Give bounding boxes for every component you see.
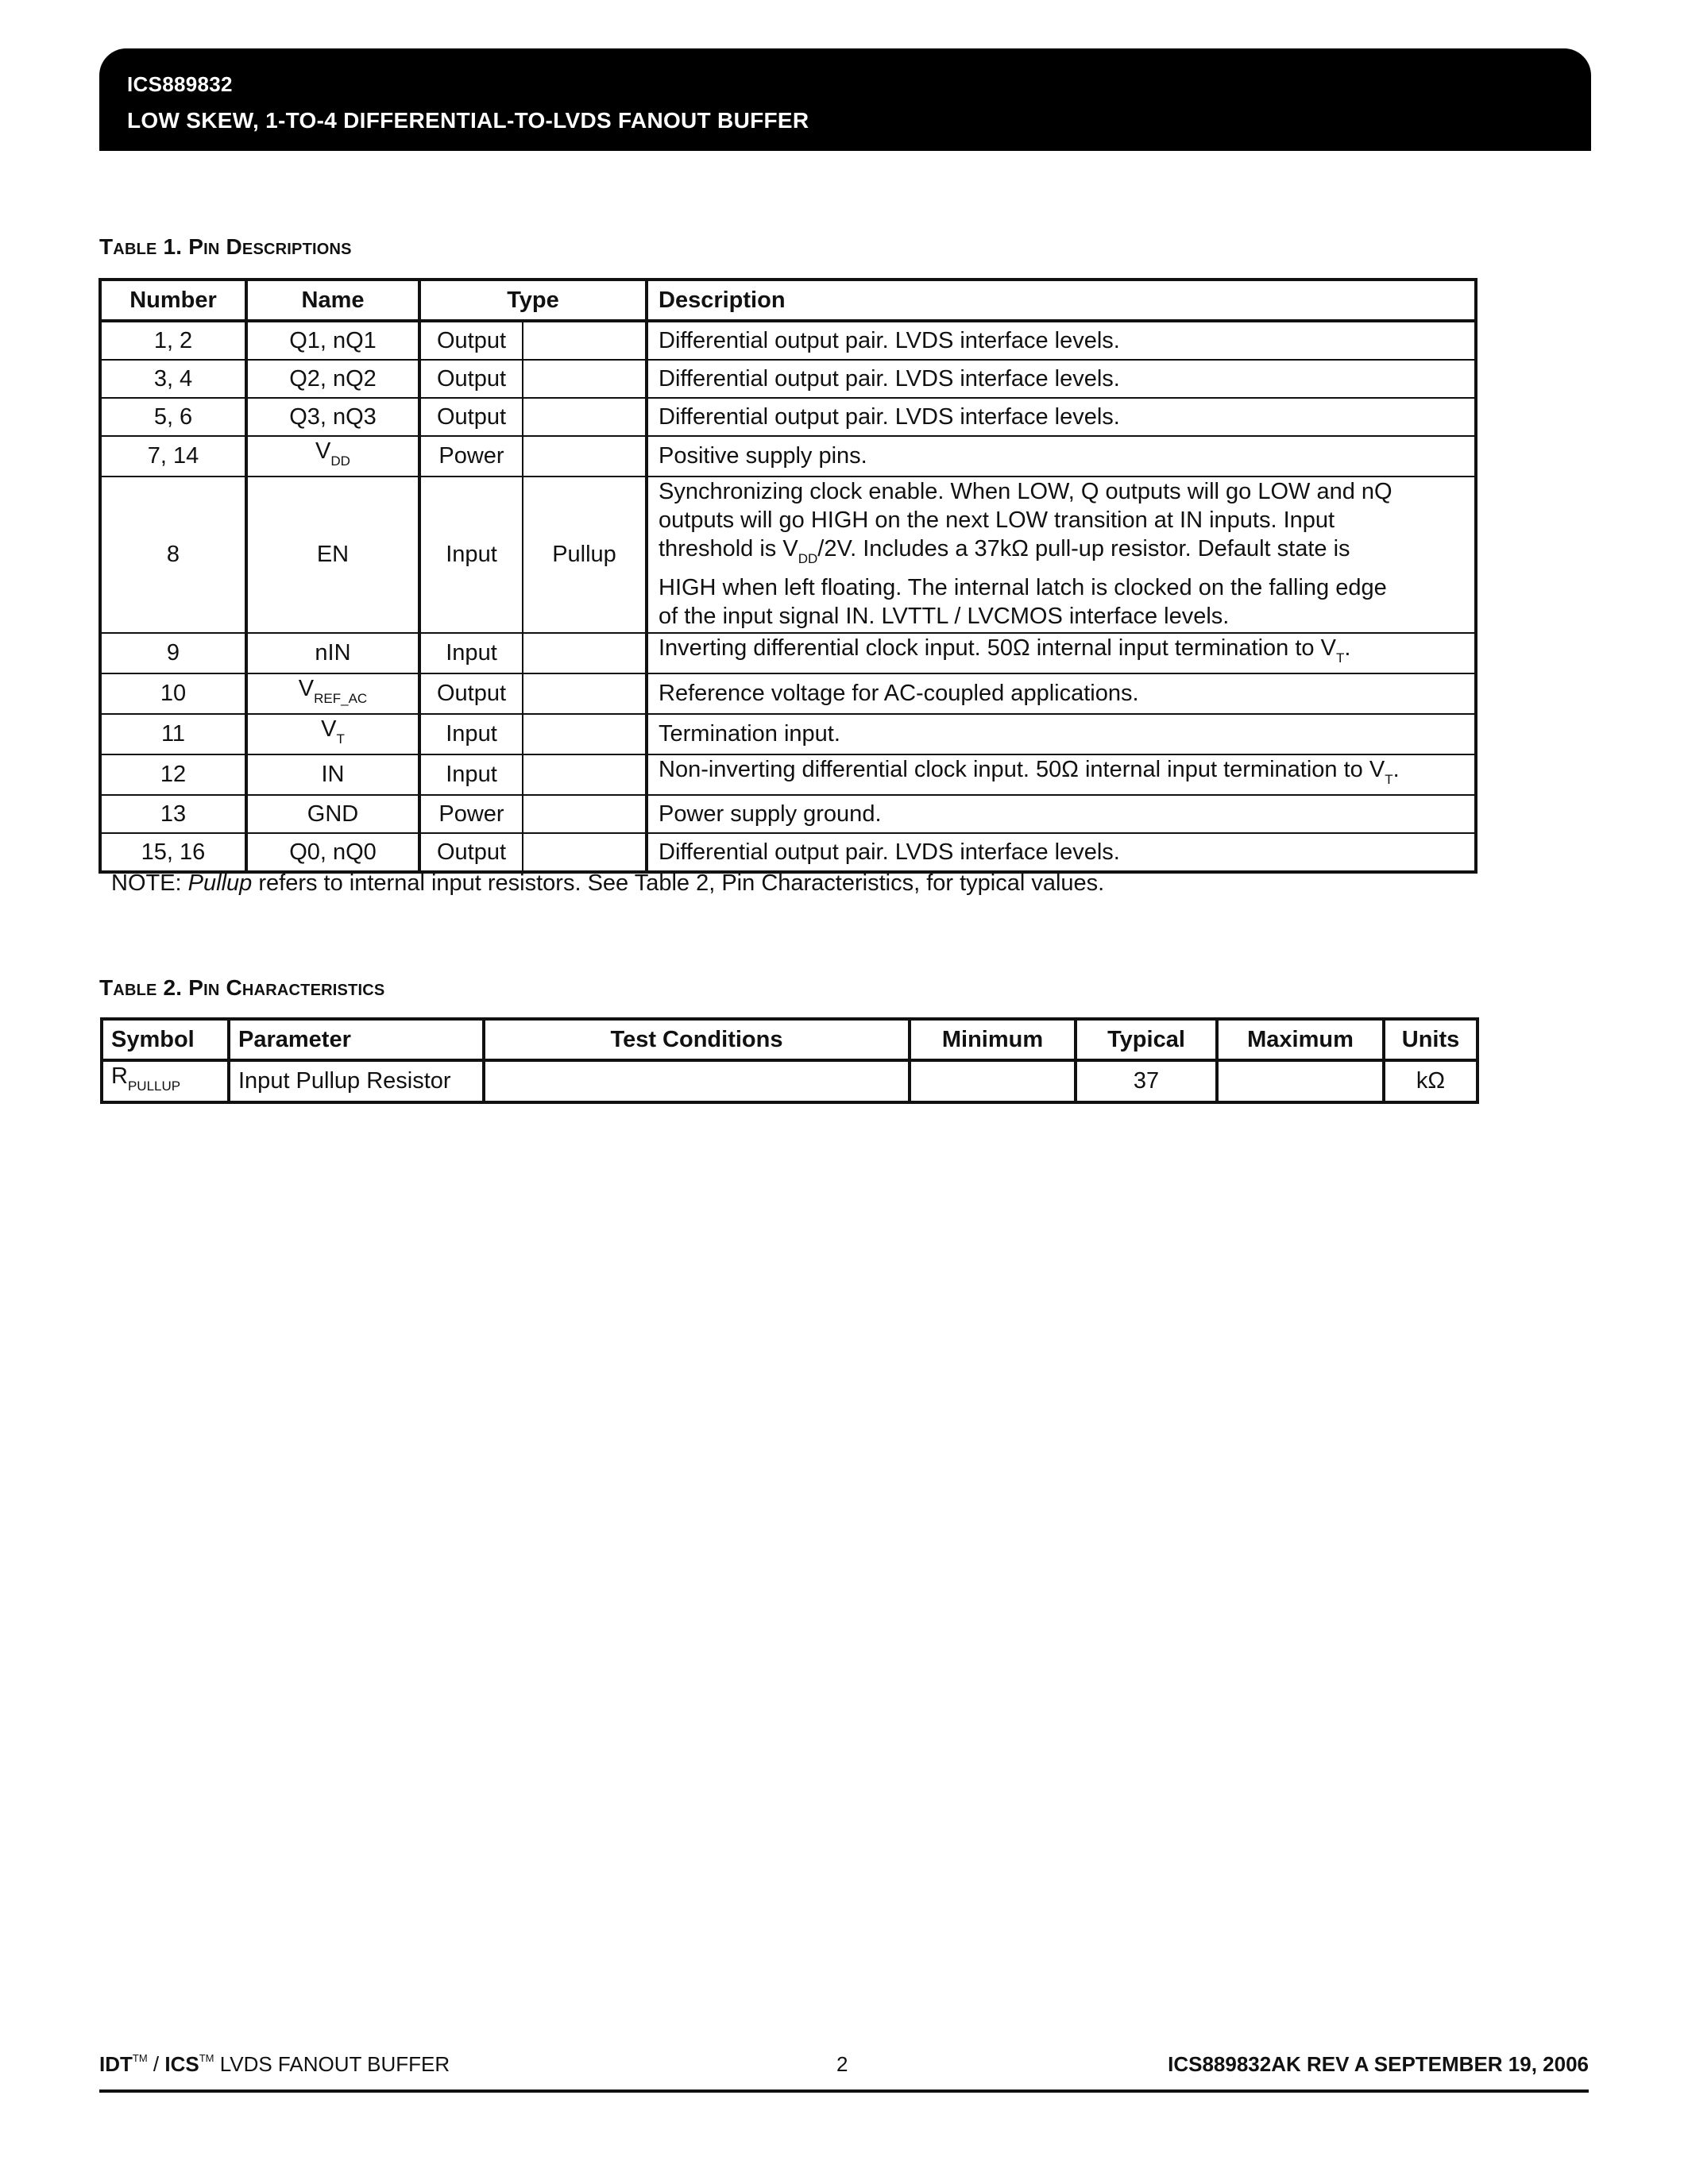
pin-type-cell: Output bbox=[419, 321, 523, 360]
pin-name-cell: Q1, nQ1 bbox=[246, 321, 419, 360]
pin-description-cell: Differential output pair. LVDS interface… bbox=[647, 398, 1476, 436]
parameter-cell: Input Pullup Resistor bbox=[229, 1060, 484, 1102]
pin-name-cell: GND bbox=[246, 795, 419, 833]
footer-rule bbox=[99, 2089, 1589, 2093]
pin-type-qualifier-cell bbox=[523, 795, 647, 833]
pin-number-cell: 11 bbox=[100, 714, 246, 754]
test-conditions-cell bbox=[484, 1060, 910, 1102]
pin-type-cell: Power bbox=[419, 795, 523, 833]
pin-name-cell: nIN bbox=[246, 633, 419, 673]
pin-number-cell: 1, 2 bbox=[100, 321, 246, 360]
pin-type-cell: Output bbox=[419, 673, 523, 714]
col-header-description: Description bbox=[647, 280, 1476, 321]
pin-name-cell: VREF_AC bbox=[246, 673, 419, 714]
pin-name-cell: Q3, nQ3 bbox=[246, 398, 419, 436]
pin-type-cell: Power bbox=[419, 436, 523, 477]
pin-type-cell: Input bbox=[419, 714, 523, 754]
pin-number-cell: 12 bbox=[100, 754, 246, 795]
header-bar: ICS889832 LOW SKEW, 1-TO-4 DIFFERENTIAL-… bbox=[99, 48, 1591, 151]
page-number: 2 bbox=[836, 2052, 848, 2077]
table-row: 5, 6Q3, nQ3OutputDifferential output pai… bbox=[100, 398, 1476, 436]
pin-description-cell: Power supply ground. bbox=[647, 795, 1476, 833]
table-row: 1, 2Q1, nQ1OutputDifferential output pai… bbox=[100, 321, 1476, 360]
col-header-typical: Typical bbox=[1076, 1019, 1217, 1060]
pin-type-qualifier-cell bbox=[523, 714, 647, 754]
col-header-test-conditions: Test Conditions bbox=[484, 1019, 910, 1060]
col-header-name: Name bbox=[246, 280, 419, 321]
col-header-type: Type bbox=[419, 280, 647, 321]
table-row: 12INInputNon-inverting differential cloc… bbox=[100, 754, 1476, 795]
pin-type-qualifier-cell: Pullup bbox=[523, 477, 647, 633]
pin-type-qualifier-cell bbox=[523, 436, 647, 477]
col-header-parameter: Parameter bbox=[229, 1019, 484, 1060]
col-header-units: Units bbox=[1384, 1019, 1477, 1060]
pin-number-cell: 9 bbox=[100, 633, 246, 673]
pin-number-cell: 15, 16 bbox=[100, 833, 246, 872]
pin-name-cell: EN bbox=[246, 477, 419, 633]
pin-description-cell: Inverting differential clock input. 50Ω … bbox=[647, 633, 1476, 673]
minimum-cell bbox=[910, 1060, 1076, 1102]
pin-name-cell: Q2, nQ2 bbox=[246, 360, 419, 398]
col-header-number: Number bbox=[100, 280, 246, 321]
table-row: 15, 16Q0, nQ0OutputDifferential output p… bbox=[100, 833, 1476, 872]
table-row: 8ENInputPullupSynchronizing clock enable… bbox=[100, 477, 1476, 633]
table-row: 3, 4Q2, nQ2OutputDifferential output pai… bbox=[100, 360, 1476, 398]
pin-name-cell: VDD bbox=[246, 436, 419, 477]
pin-number-cell: 8 bbox=[100, 477, 246, 633]
pin-type-cell: Output bbox=[419, 360, 523, 398]
col-header-minimum: Minimum bbox=[910, 1019, 1076, 1060]
pin-description-cell: Termination input. bbox=[647, 714, 1476, 754]
pin-type-cell: Input bbox=[419, 754, 523, 795]
pin-type-cell: Input bbox=[419, 633, 523, 673]
pin-type-cell: Output bbox=[419, 833, 523, 872]
part-number: ICS889832 bbox=[127, 72, 233, 97]
pin-number-cell: 5, 6 bbox=[100, 398, 246, 436]
table-row: 9nINInputInverting differential clock in… bbox=[100, 633, 1476, 673]
pin-description-cell: Non-inverting differential clock input. … bbox=[647, 754, 1476, 795]
pin-characteristics-table: Symbol Parameter Test Conditions Minimum… bbox=[100, 1017, 1479, 1104]
pin-description-cell: Differential output pair. LVDS interface… bbox=[647, 321, 1476, 360]
pin-name-cell: Q0, nQ0 bbox=[246, 833, 419, 872]
table1-note: NOTE: Pullup refers to internal input re… bbox=[111, 870, 1104, 897]
pin-type-qualifier-cell bbox=[523, 833, 647, 872]
pin-type-qualifier-cell bbox=[523, 633, 647, 673]
table-row: 10VREF_ACOutputReference voltage for AC-… bbox=[100, 673, 1476, 714]
pin-type-qualifier-cell bbox=[523, 321, 647, 360]
maximum-cell bbox=[1217, 1060, 1384, 1102]
table-row: 11VTInputTermination input. bbox=[100, 714, 1476, 754]
table-row: 13GNDPowerPower supply ground. bbox=[100, 795, 1476, 833]
pin-type-cell: Input bbox=[419, 477, 523, 633]
footer-doc-revision: ICS889832AK REV A SEPTEMBER 19, 2006 bbox=[1168, 2052, 1589, 2077]
pin-descriptions-table: Number Name Type Description 1, 2Q1, nQ1… bbox=[98, 278, 1477, 874]
table2-caption: Table 2. Pin Characteristics bbox=[99, 975, 384, 1001]
col-header-symbol: Symbol bbox=[102, 1019, 229, 1060]
document-title: LOW SKEW, 1-TO-4 DIFFERENTIAL-TO-LVDS FA… bbox=[127, 108, 809, 133]
pin-name-cell: IN bbox=[246, 754, 419, 795]
pin-type-qualifier-cell bbox=[523, 673, 647, 714]
pin-number-cell: 13 bbox=[100, 795, 246, 833]
pin-description-cell: Differential output pair. LVDS interface… bbox=[647, 833, 1476, 872]
pin-number-cell: 3, 4 bbox=[100, 360, 246, 398]
table1-caption: Table 1. Pin Descriptions bbox=[99, 234, 352, 260]
pin-description-cell: Differential output pair. LVDS interface… bbox=[647, 360, 1476, 398]
units-cell: kΩ bbox=[1384, 1060, 1477, 1102]
pin-description-cell: Reference voltage for AC-coupled applica… bbox=[647, 673, 1476, 714]
pin-type-qualifier-cell bbox=[523, 398, 647, 436]
pin-number-cell: 10 bbox=[100, 673, 246, 714]
pin-type-qualifier-cell bbox=[523, 754, 647, 795]
typical-cell: 37 bbox=[1076, 1060, 1217, 1102]
pin-name-cell: VT bbox=[246, 714, 419, 754]
col-header-maximum: Maximum bbox=[1217, 1019, 1384, 1060]
pin-type-cell: Output bbox=[419, 398, 523, 436]
pin-type-qualifier-cell bbox=[523, 360, 647, 398]
pin-description-cell: Positive supply pins. bbox=[647, 436, 1476, 477]
symbol-cell: RPULLUP bbox=[102, 1060, 229, 1102]
table-row: RPULLUP Input Pullup Resistor 37 kΩ bbox=[102, 1060, 1477, 1102]
pin-number-cell: 7, 14 bbox=[100, 436, 246, 477]
pin-description-cell: Synchronizing clock enable. When LOW, Q … bbox=[647, 477, 1476, 633]
table-row: 7, 14VDDPowerPositive supply pins. bbox=[100, 436, 1476, 477]
footer-product: IDTTM / ICSTM LVDS FANOUT BUFFER bbox=[99, 2052, 450, 2077]
